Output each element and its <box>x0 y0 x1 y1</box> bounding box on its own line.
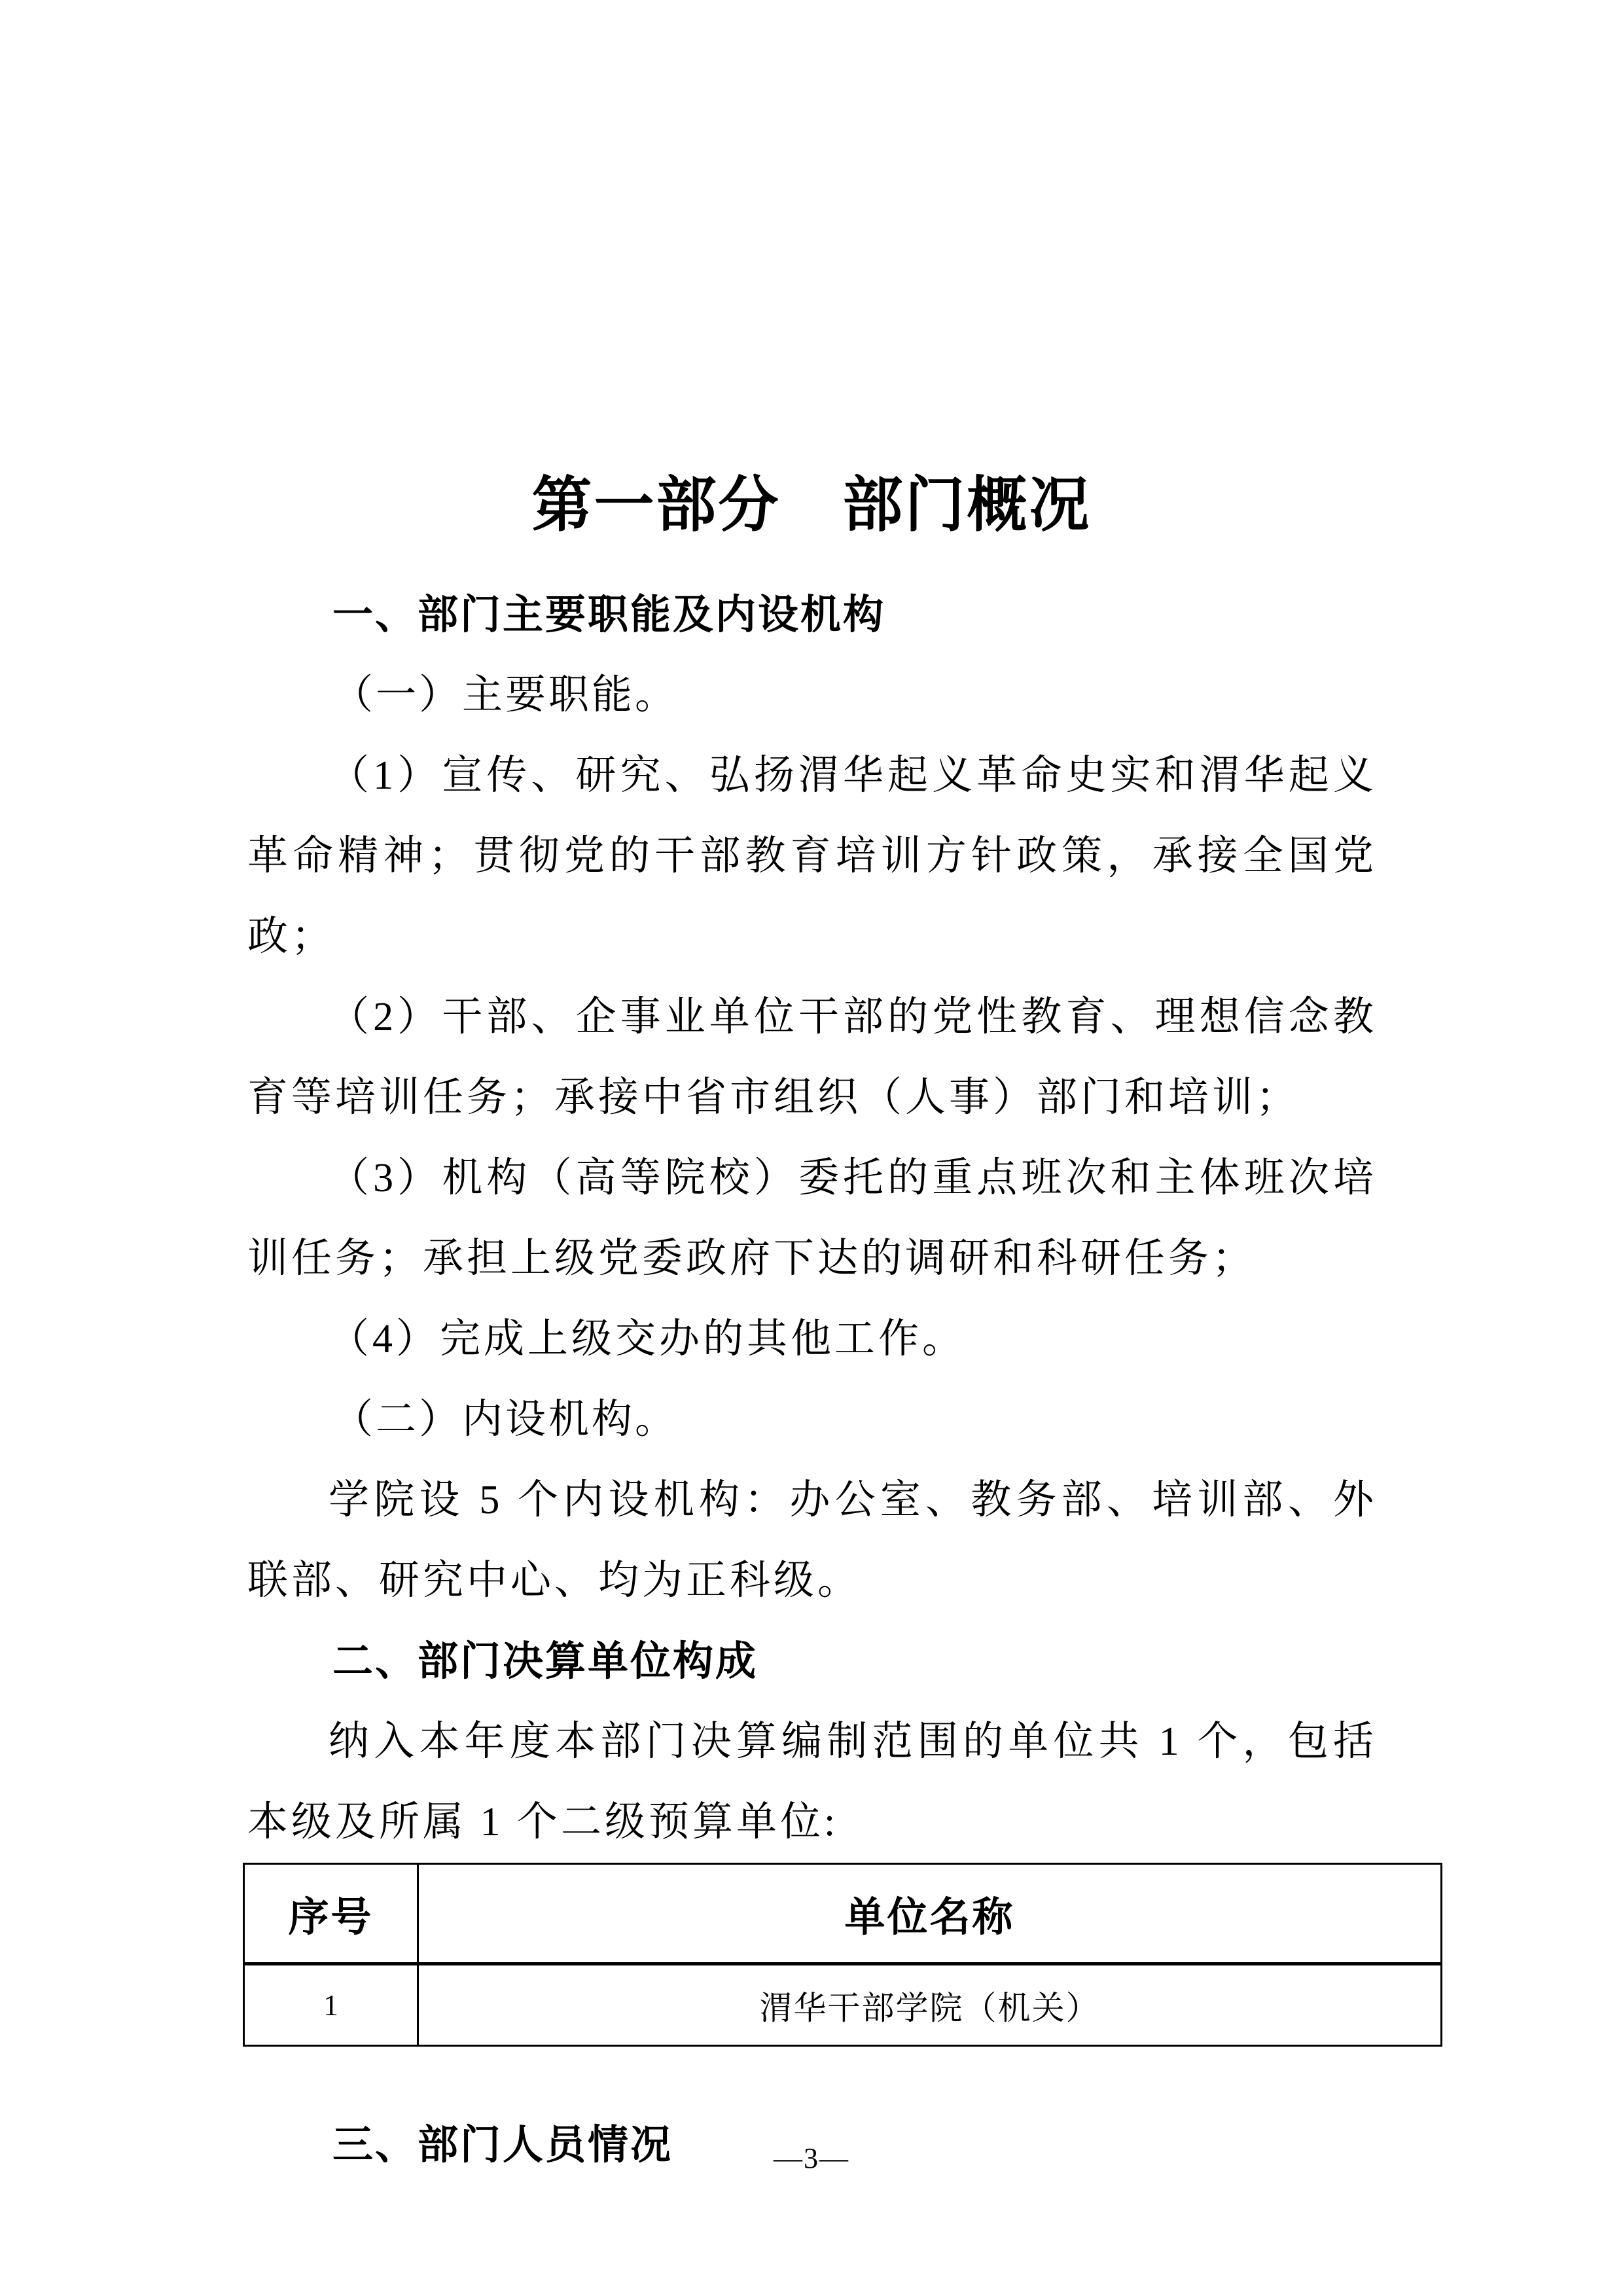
table-row: 1 渭华干部学院（机关） <box>244 1964 1442 2046</box>
table-cell-index: 1 <box>244 1964 418 2046</box>
table-header-index: 序号 <box>244 1864 418 1964</box>
page-number: —3— <box>0 2142 1623 2175</box>
paragraph-unit-scope: 纳入本年度本部门决算编制范围的单位共 1 个，包括本级及所属 1 个二级预算单位… <box>247 1702 1377 1863</box>
table-cell-unit-name: 渭华干部学院（机关） <box>418 1964 1442 2046</box>
paragraph-internal-orgs: 学院设 5 个内设机构：办公室、教务部、培训部、外联部、研究中心、均为正科级。 <box>247 1460 1377 1621</box>
paragraph-function-4: （4）完成上级交办的其他工作。 <box>247 1299 1377 1380</box>
sub-heading-main-functions: （一）主要职能。 <box>247 655 1377 736</box>
paragraph-function-3: （3）机构（高等院校）委托的重点班次和主体班次培训任务；承担上级党委政府下达的调… <box>247 1138 1377 1299</box>
section-heading-2: 二、部门决算单位构成 <box>247 1621 1377 1702</box>
document-body: 一、部门主要职能及内设机构 （一）主要职能。 （1）宣传、研究、弘扬渭华起义革命… <box>247 575 1377 2185</box>
section-heading-1: 一、部门主要职能及内设机构 <box>247 575 1377 655</box>
page-title: 第一部分 部门概况 <box>0 457 1623 543</box>
paragraph-function-1: （1）宣传、研究、弘扬渭华起义革命史实和渭华起义革命精神；贯彻党的干部教育培训方… <box>247 736 1377 977</box>
sub-heading-internal-orgs: （二）内设机构。 <box>247 1380 1377 1460</box>
table-header-unit-name: 单位名称 <box>418 1864 1442 1964</box>
document-page: 第一部分 部门概况 一、部门主要职能及内设机构 （一）主要职能。 （1）宣传、研… <box>0 0 1623 2296</box>
table-header-row: 序号 单位名称 <box>244 1864 1442 1964</box>
paragraph-function-2: （2）干部、企事业单位干部的党性教育、理想信念教育等培训任务；承接中省市组织（人… <box>247 977 1377 1138</box>
unit-table: 序号 单位名称 1 渭华干部学院（机关） <box>243 1863 1442 2047</box>
